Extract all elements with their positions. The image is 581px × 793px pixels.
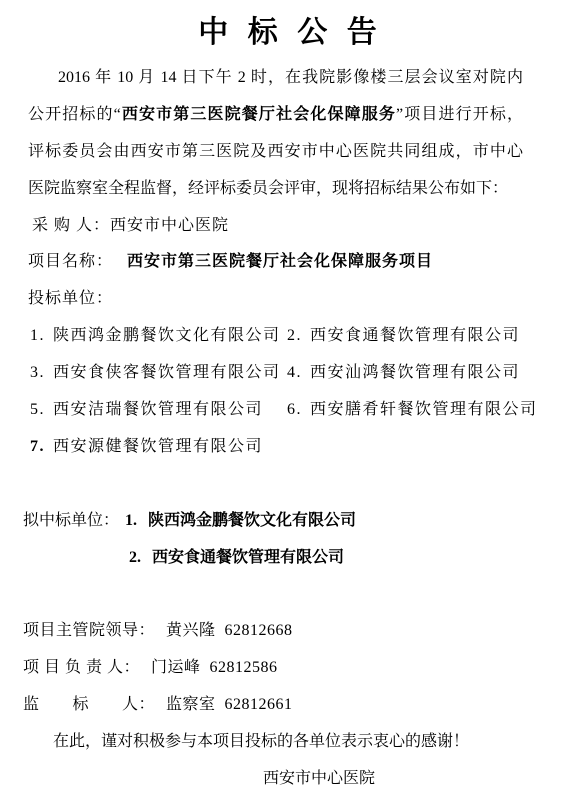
- bidder-row-2: 3.西安食侠客餐饮管理有限公司4.西安汕鸿餐饮管理有限公司: [30, 355, 523, 392]
- paragraph-line-3: 评标委员会由西安市第三医院及西安市中心医院共同组成，市中心: [28, 134, 523, 171]
- bidder-name: 西安食通餐饮管理有限公司: [310, 327, 520, 344]
- bidder-number: 7.: [30, 438, 45, 455]
- contact-label: 监 标 人：: [23, 696, 155, 713]
- bidder-row-3: 5.西安洁瑞餐饮管理有限公司6.西安膳肴轩餐饮管理有限公司: [30, 392, 523, 429]
- contact-phone: 62812668: [225, 622, 293, 639]
- bidder-number: 2.: [287, 327, 302, 344]
- project-value: 西安市第三医院餐厅社会化保障服务项目: [127, 253, 433, 270]
- contact-row-manager: 项 目 负 责 人：门运峰62812586: [23, 650, 523, 687]
- bidder-item-2: 2.西安食通餐饮管理有限公司: [287, 327, 520, 344]
- paragraph-line-2-post: ”项目进行开标，: [396, 106, 523, 123]
- paragraph-line-2-pre: 公开招标的“: [28, 106, 121, 123]
- project-name-bold: 西安市第三医院餐厅社会化保障服务: [121, 106, 396, 123]
- contact-row-supervisor: 监 标 人：监察室62812661: [23, 687, 523, 724]
- signature: 西安市中心医院: [263, 770, 375, 787]
- bidders-label-row: 投标单位：: [28, 281, 523, 318]
- purchaser-row: 采 购 人：西安市中心医院: [32, 208, 523, 245]
- bidders-label: 投标单位：: [28, 290, 113, 307]
- winner-number: 2.: [129, 549, 141, 566]
- bidder-item-6: 6.西安膳肴轩餐饮管理有限公司: [287, 401, 538, 418]
- bidder-item-1: 1.陕西鸿金鹏餐饮文化有限公司: [30, 318, 287, 355]
- announcement-document: 中 标 公 告 2016 年 10 月 14 日下午 2 时，在我院影像楼三层会…: [0, 0, 581, 793]
- bidder-number: 3.: [30, 364, 45, 381]
- bidder-name: 西安膳肴轩餐饮管理有限公司: [310, 401, 538, 418]
- winner-number: 1.: [125, 512, 137, 529]
- purchaser-value: 西安市中心医院: [110, 217, 229, 234]
- paragraph-line-2: 公开招标的“西安市第三医院餐厅社会化保障服务”项目进行开标，: [28, 97, 523, 134]
- project-label: 项目名称：: [28, 253, 113, 270]
- bidder-row-1: 1.陕西鸿金鹏餐饮文化有限公司2.西安食通餐饮管理有限公司: [30, 318, 523, 355]
- bidder-number: 1.: [30, 327, 45, 344]
- bidder-number: 6.: [287, 401, 302, 418]
- bidder-row-4: 7.西安源健餐饮管理有限公司: [30, 429, 523, 466]
- winner-row-2: 2.西安食通餐饮管理有限公司: [23, 540, 523, 577]
- blank-line: [28, 576, 523, 613]
- blank-line: [28, 466, 523, 503]
- signature-row: 西安市中心医院: [28, 761, 523, 793]
- document-title: 中 标 公 告: [0, 10, 581, 56]
- contact-label: 项目主管院领导：: [23, 622, 155, 639]
- contact-phone: 62812586: [210, 659, 278, 676]
- bidder-item-7: 7.西安源健餐饮管理有限公司: [30, 438, 263, 455]
- bidder-item-4: 4.西安汕鸿餐饮管理有限公司: [287, 364, 520, 381]
- contact-name: 黄兴隆: [166, 622, 216, 639]
- bidder-name: 西安汕鸿餐饮管理有限公司: [310, 364, 520, 381]
- bidder-name: 西安源健餐饮管理有限公司: [53, 438, 263, 455]
- bidder-number: 4.: [287, 364, 302, 381]
- bidder-item-5: 5.西安洁瑞餐饮管理有限公司: [30, 392, 287, 429]
- contact-label: 项 目 负 责 人：: [23, 659, 140, 676]
- contact-row-leader: 项目主管院领导：黄兴隆62812668: [23, 613, 523, 650]
- thanks-note: 在此，谨对积极参与本项目投标的各单位表示衷心的感谢！: [28, 724, 523, 761]
- winner-name: 西安食通餐饮管理有限公司: [152, 549, 344, 566]
- project-row: 项目名称：西安市第三医院餐厅社会化保障服务项目: [28, 244, 523, 281]
- contact-name: 门运峰: [151, 659, 201, 676]
- winners-label: 拟中标单位：: [23, 512, 119, 529]
- paragraph-line-1: 2016 年 10 月 14 日下午 2 时，在我院影像楼三层会议室对院内: [28, 60, 523, 97]
- contact-name: 监察室: [166, 696, 216, 713]
- bidder-name: 陕西鸿金鹏餐饮文化有限公司: [53, 327, 281, 344]
- paragraph-line-4: 医院监察室全程监督，经评标委员会评审，现将招标结果公布如下：: [28, 171, 523, 208]
- purchaser-label: 采 购 人：: [32, 217, 110, 234]
- contact-phone: 62812661: [225, 696, 293, 713]
- winner-name: 陕西鸿金鹏餐饮文化有限公司: [148, 512, 356, 529]
- bidder-name: 西安食侠客餐饮管理有限公司: [53, 364, 281, 381]
- bidder-number: 5.: [30, 401, 45, 418]
- bidder-item-3: 3.西安食侠客餐饮管理有限公司: [30, 355, 287, 392]
- winner-row-1: 拟中标单位：1.陕西鸿金鹏餐饮文化有限公司: [23, 503, 523, 540]
- bidder-name: 西安洁瑞餐饮管理有限公司: [53, 401, 263, 418]
